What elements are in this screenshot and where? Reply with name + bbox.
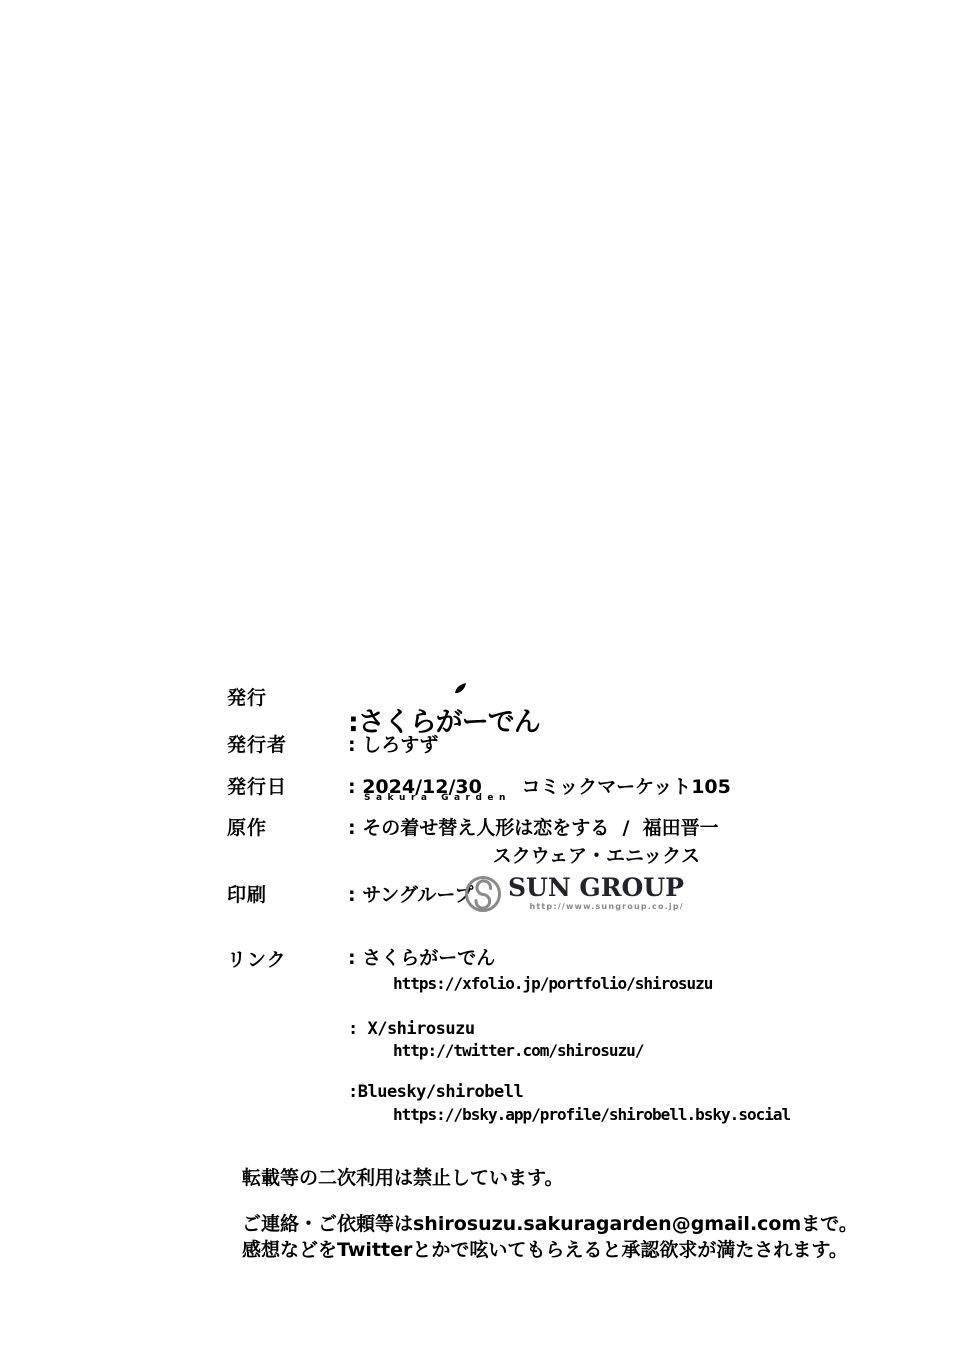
leaf-icon (420, 663, 468, 718)
link-url-bluesky: https://bsky.app/profile/shirobell.bsky.… (393, 1106, 790, 1124)
sun-group-logo: SUN GROUP http://www.sungroup.co.jp/ (463, 874, 684, 918)
original-work-title: : その着せ替え人形は恋をする / 福田晋一 (348, 818, 719, 840)
note-contact-email: ご連絡・ご依頼等はshirosuzu.sakuragarden@gmail.co… (242, 1214, 858, 1236)
note-feedback: 感想などをTwitterとかで呟いてもらえると承認欲求が満たされます。 (242, 1240, 848, 1262)
publisher-label: 発行 (227, 688, 267, 710)
printing-value: : サングループ (348, 885, 473, 907)
printing-label: 印刷 (227, 885, 267, 907)
date-label: 発行日 (227, 777, 287, 799)
original-work-label: 原作 (227, 818, 267, 840)
link-name-sakura-garden: : さくらがーでん (348, 948, 495, 970)
link-name-bluesky-shirobell: :Bluesky/shirobell (348, 1083, 523, 1103)
date-value: : 2024/12/30 コミックマーケット105 (348, 777, 731, 799)
note-no-reuse: 転載等の二次利用は禁止しています。 (242, 1168, 563, 1190)
sun-group-logo-url: http://www.sungroup.co.jp/ (529, 902, 683, 911)
link-url-xfolio: https://xfolio.jp/portfolio/shirosuzu (393, 975, 712, 993)
link-name-x-shirosuzu: : X/shirosuzu (348, 1020, 475, 1040)
author-value: : しろすず (348, 735, 438, 757)
sun-group-mark-icon (463, 874, 503, 918)
original-work-publisher: スクウェア・エニックス (348, 846, 700, 868)
author-label: 発行者 (227, 735, 287, 757)
link-url-twitter: http://twitter.com/shirosuzu/ (393, 1042, 643, 1060)
links-label: リンク (227, 950, 287, 972)
sun-group-logo-text: SUN GROUP (508, 874, 684, 902)
colophon-page: 発行 :さくらがーでん Sakura Garden 発行者 : しろすず 発行日… (0, 0, 980, 1371)
